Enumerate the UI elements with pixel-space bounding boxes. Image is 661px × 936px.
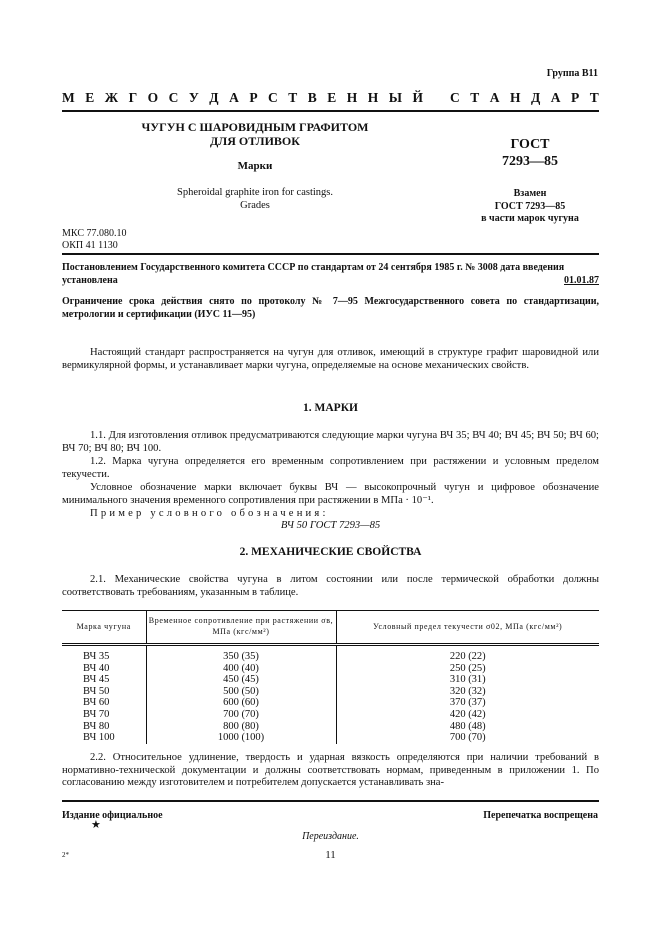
table-row: ВЧ 50500 (50)320 (32) — [62, 686, 599, 698]
replaces-scope: в части марок чугуна — [470, 213, 590, 226]
english-title-1: Spheroidal graphite iron for castings. — [110, 186, 400, 199]
cell-yield-strength: 250 (25) — [336, 663, 599, 675]
classification-codes: МКС 77.080.10 ОКП 41 1130 — [62, 228, 126, 252]
paragraph-1-1: 1.1. Для изготовления отливок предусматр… — [62, 430, 599, 455]
group-code: Группа В11 — [547, 68, 598, 79]
reissue-note: Переиздание. — [62, 831, 599, 842]
gost-block: ГОСТ 7293—85 Взамен ГОСТ 7293—85 в части… — [470, 136, 590, 226]
cell-yield-strength: 700 (70) — [336, 732, 599, 744]
banner-letter: Е — [85, 90, 94, 106]
intro-paragraph: Настоящий стандарт распространяется на ч… — [62, 347, 599, 372]
banner-letter: Н — [510, 90, 521, 106]
banner-letter: Ы — [389, 90, 402, 106]
replaces-label: Взамен — [470, 188, 590, 201]
paragraph-2-1: 2.1. Механические свойства чугуна в лито… — [62, 574, 599, 599]
title-line-1: ЧУГУН С ШАРОВИДНЫМ ГРАФИТОМ — [110, 120, 400, 134]
cell-grade: ВЧ 70 — [62, 709, 146, 721]
table-row: ВЧ 70700 (70)420 (42) — [62, 709, 599, 721]
banner-letter: Д — [209, 90, 218, 106]
cell-yield-strength: 310 (31) — [336, 674, 599, 686]
subtitle: Марки — [110, 160, 400, 172]
banner-letter: Г — [129, 90, 138, 106]
banner-letter: О — [148, 90, 159, 106]
banner-letter: Н — [347, 90, 358, 106]
decree-paragraph: Постановлением Государственного комитета… — [62, 262, 599, 287]
mechanical-properties-table: Марка чугуна Временное сопротивление при… — [62, 610, 599, 744]
title-block: ЧУГУН С ШАРОВИДНЫМ ГРАФИТОМ ДЛЯ ОТЛИВОК … — [110, 120, 400, 212]
cell-yield-strength: 370 (37) — [336, 697, 599, 709]
cell-grade: ВЧ 40 — [62, 663, 146, 675]
banner-letter: Е — [327, 90, 336, 106]
banner-letter: Т — [288, 90, 297, 106]
banner-letter: А — [229, 90, 239, 106]
cell-grade: ВЧ 35 — [62, 645, 146, 663]
header-rule — [62, 110, 599, 112]
okp-code: ОКП 41 1130 — [62, 240, 126, 252]
banner-letter: Ж — [105, 90, 118, 106]
banner-letter: Д — [531, 90, 540, 106]
table-row: ВЧ 45450 (45)310 (31) — [62, 674, 599, 686]
cell-grade: ВЧ 45 — [62, 674, 146, 686]
banner-letter: А — [490, 90, 500, 106]
banner-letter: Р — [249, 90, 257, 106]
gost-number: 7293—85 — [470, 153, 590, 170]
cell-grade: ВЧ 80 — [62, 721, 146, 733]
cell-tensile-strength: 1000 (100) — [146, 732, 336, 744]
cell-grade: ВЧ 60 — [62, 697, 146, 709]
official-edition: Издание официальное — [62, 810, 163, 821]
banner-letter: С — [450, 90, 460, 106]
banner-letter: С — [268, 90, 278, 106]
banner-letter: В — [308, 90, 317, 106]
header-grade: Марка чугуна — [62, 611, 146, 645]
gost-label: ГОСТ — [470, 136, 590, 153]
header-tensile-strength: Временное сопротивление при растяжении σ… — [146, 611, 336, 645]
section-1-heading: 1. МАРКИ — [62, 402, 599, 414]
cell-grade: ВЧ 50 — [62, 686, 146, 698]
header-yield-strength: Условный предел текучести σ02, МПа (кгс/… — [336, 611, 599, 645]
banner-letter: У — [189, 90, 199, 106]
limitation-paragraph: Ограничение срока действия снято по прот… — [62, 296, 599, 321]
banner-letter: Н — [368, 90, 379, 106]
banner-letter: Т — [590, 90, 599, 106]
cell-yield-strength: 420 (42) — [336, 709, 599, 721]
table-row: ВЧ 35350 (35)220 (22) — [62, 645, 599, 663]
mks-code: МКС 77.080.10 — [62, 228, 126, 240]
cell-tensile-strength: 600 (60) — [146, 697, 336, 709]
cell-yield-strength: 480 (48) — [336, 721, 599, 733]
footer-rule — [62, 800, 599, 802]
cell-tensile-strength: 700 (70) — [146, 709, 336, 721]
banner-letter: Р — [571, 90, 579, 106]
table-row: ВЧ 60600 (60)370 (37) — [62, 697, 599, 709]
banner-letter: Й — [413, 90, 424, 106]
table-header-row: Марка чугуна Временное сопротивление при… — [62, 611, 599, 645]
banner-letter — [434, 90, 440, 106]
example-designation: ВЧ 50 ГОСТ 7293—85 — [62, 520, 599, 531]
table-row: ВЧ 80800 (80)480 (48) — [62, 721, 599, 733]
page-number: 11 — [62, 849, 599, 861]
banner-letter: А — [551, 90, 561, 106]
cell-yield-strength: 220 (22) — [336, 645, 599, 663]
table-row: ВЧ 40400 (40)250 (25) — [62, 663, 599, 675]
effective-date: 01.01.87 — [564, 275, 599, 288]
section-2-heading: 2. МЕХАНИЧЕСКИЕ СВОЙСТВА — [62, 546, 599, 558]
cell-tensile-strength: 400 (40) — [146, 663, 336, 675]
decree-text: Постановлением Государственного комитета… — [62, 262, 564, 286]
cell-tensile-strength: 500 (50) — [146, 686, 336, 698]
cell-tensile-strength: 350 (35) — [146, 645, 336, 663]
paragraph-designation: Условное обозначение марки включает букв… — [62, 482, 599, 507]
table-row: ВЧ 1001000 (100)700 (70) — [62, 732, 599, 744]
banner-letter: М — [62, 90, 75, 106]
english-title-2: Grades — [110, 199, 400, 212]
cell-tensile-strength: 450 (45) — [146, 674, 336, 686]
cell-tensile-strength: 800 (80) — [146, 721, 336, 733]
title-line-2: ДЛЯ ОТЛИВОК — [110, 134, 400, 148]
star-icon: ★ — [91, 818, 101, 831]
codes-rule — [62, 253, 599, 255]
cell-grade: ВЧ 100 — [62, 732, 146, 744]
replaces-number: ГОСТ 7293—85 — [470, 201, 590, 214]
example-label: Пример условного обозначения: — [62, 508, 599, 521]
reprint-prohibited: Перепечатка воспрещена — [483, 810, 598, 821]
banner-letter: Т — [470, 90, 479, 106]
interstate-standard-banner: МЕЖГОСУДАРСТВЕННЫЙСТАНДАРТ — [62, 90, 599, 106]
cell-yield-strength: 320 (32) — [336, 686, 599, 698]
paragraph-2-2: 2.2. Относительное удлинение, твердость … — [62, 752, 599, 790]
banner-letter: С — [169, 90, 179, 106]
paragraph-1-2: 1.2. Марка чугуна определяется его време… — [62, 456, 599, 481]
